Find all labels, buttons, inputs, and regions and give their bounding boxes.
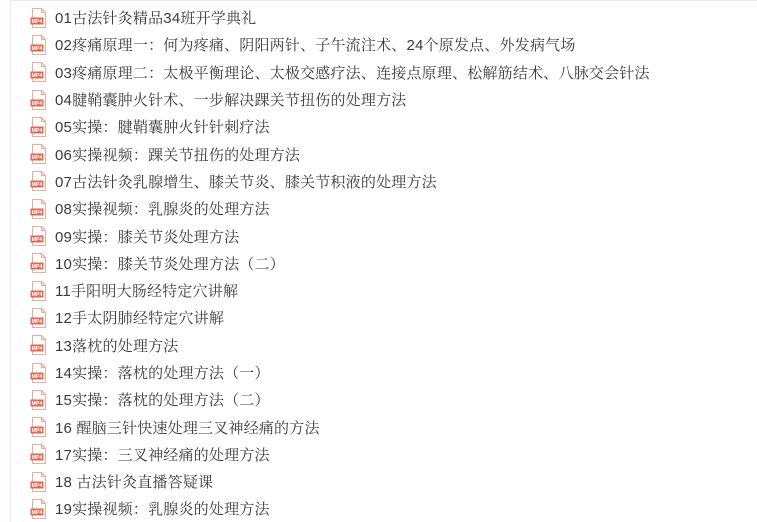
file-row[interactable]: MP4 15实操：落枕的处理方法（二）	[30, 386, 757, 413]
file-name: 10实操：膝关节炎处理方法（二）	[55, 253, 285, 274]
mp4-file-icon: MP4	[30, 499, 48, 519]
file-row[interactable]: MP4 07古法针灸乳腺增生、膝关节炎、膝关节积液的处理方法	[30, 168, 757, 195]
file-name: 02疼痛原理一：何为疼痛、阴阳两针、子午流注术、24个原发点、外发病气场	[55, 34, 576, 55]
file-name: 11手阳明大肠经特定穴讲解	[55, 280, 238, 301]
mp4-badge-label: MP4	[32, 401, 43, 407]
file-row[interactable]: MP4 13落枕的处理方法	[30, 332, 757, 359]
file-row[interactable]: MP4 10实操：膝关节炎处理方法（二）	[30, 250, 757, 277]
mp4-file-icon: MP4	[30, 117, 48, 137]
mp4-file-icon: MP4	[30, 417, 48, 437]
mp4-file-icon: MP4	[30, 62, 48, 82]
mp4-badge-label: MP4	[32, 210, 43, 216]
file-row[interactable]: MP4 02疼痛原理一：何为疼痛、阴阳两针、子午流注术、24个原发点、外发病气场	[30, 31, 757, 58]
file-row[interactable]: MP4 03疼痛原理二：太极平衡理论、太极交感疗法、连接点原理、松解筋结术、八脉…	[30, 59, 757, 86]
file-name: 15实操：落枕的处理方法（二）	[55, 389, 270, 410]
mp4-file-icon: MP4	[30, 363, 48, 383]
mp4-file-icon: MP4	[30, 253, 48, 273]
mp4-badge-label: MP4	[32, 455, 43, 461]
file-row[interactable]: MP4 19实操视频：乳腺炎的处理方法	[30, 495, 757, 522]
file-name: 09实操：膝关节炎处理方法	[55, 226, 239, 247]
file-row[interactable]: MP4 01古法针灸精品34班开学典礼	[30, 4, 757, 31]
file-row[interactable]: MP4 04腱鞘囊肿火针术、一步解决踝关节扭伤的处理方法	[30, 86, 757, 113]
file-name: 12手太阴肺经特定穴讲解	[55, 307, 224, 328]
file-row[interactable]: MP4 18 古法针灸直播答疑课	[30, 468, 757, 495]
file-name: 19实操视频：乳腺炎的处理方法	[55, 498, 270, 519]
file-name: 17实操：三叉神经痛的处理方法	[55, 444, 270, 465]
mp4-badge-label: MP4	[32, 73, 43, 79]
file-name: 07古法针灸乳腺增生、膝关节炎、膝关节积液的处理方法	[55, 171, 437, 192]
mp4-file-icon: MP4	[30, 35, 48, 55]
mp4-file-icon: MP4	[30, 444, 48, 464]
file-row[interactable]: MP4 14实操：落枕的处理方法（一）	[30, 359, 757, 386]
mp4-file-icon: MP4	[30, 335, 48, 355]
file-name: 18 古法针灸直播答疑课	[55, 471, 213, 492]
mp4-file-icon: MP4	[30, 226, 48, 246]
file-row[interactable]: MP4 12手太阴肺经特定穴讲解	[30, 304, 757, 331]
mp4-file-icon: MP4	[30, 472, 48, 492]
file-name: 01古法针灸精品34班开学典礼	[55, 7, 256, 28]
mp4-file-icon: MP4	[30, 171, 48, 191]
file-row[interactable]: MP4 11手阳明大肠经特定穴讲解	[30, 277, 757, 304]
file-row[interactable]: MP4 08实操视频：乳腺炎的处理方法	[30, 195, 757, 222]
file-name: 08实操视频：乳腺炎的处理方法	[55, 198, 270, 219]
mp4-badge-label: MP4	[32, 483, 43, 489]
file-row[interactable]: MP4 17实操：三叉神经痛的处理方法	[30, 441, 757, 468]
file-name: 13落枕的处理方法	[55, 335, 179, 356]
mp4-badge-label: MP4	[32, 374, 43, 380]
mp4-file-icon: MP4	[30, 308, 48, 328]
file-row[interactable]: MP4 05实操：腱鞘囊肿火针针刺疗法	[30, 113, 757, 140]
mp4-badge-label: MP4	[32, 155, 43, 161]
mp4-badge-label: MP4	[32, 46, 43, 52]
mp4-file-icon: MP4	[30, 199, 48, 219]
mp4-badge-label: MP4	[32, 292, 43, 298]
file-row[interactable]: MP4 09实操：膝关节炎处理方法	[30, 222, 757, 249]
file-name: 16 醒脑三针快速处理三叉神经痛的方法	[55, 417, 320, 438]
mp4-file-icon: MP4	[30, 281, 48, 301]
file-name: 04腱鞘囊肿火针术、一步解决踝关节扭伤的处理方法	[55, 89, 407, 110]
mp4-file-icon: MP4	[30, 144, 48, 164]
mp4-badge-label: MP4	[32, 428, 43, 434]
file-row[interactable]: MP4 16 醒脑三针快速处理三叉神经痛的方法	[30, 413, 757, 440]
file-list-panel: MP4 01古法针灸精品34班开学典礼 MP4 02疼痛原理一：何为疼痛、阴阳两…	[10, 0, 757, 522]
mp4-badge-label: MP4	[32, 128, 43, 134]
file-name: 14实操：落枕的处理方法（一）	[55, 362, 270, 383]
file-list: MP4 01古法针灸精品34班开学典礼 MP4 02疼痛原理一：何为疼痛、阴阳两…	[11, 1, 757, 522]
file-name: 03疼痛原理二：太极平衡理论、太极交感疗法、连接点原理、松解筋结术、八脉交会针法	[55, 62, 650, 83]
mp4-badge-label: MP4	[32, 319, 43, 325]
mp4-badge-label: MP4	[32, 264, 43, 270]
mp4-badge-label: MP4	[32, 346, 43, 352]
mp4-file-icon: MP4	[30, 8, 48, 28]
mp4-file-icon: MP4	[30, 90, 48, 110]
mp4-badge-label: MP4	[32, 182, 43, 188]
file-name: 06实操视频：踝关节扭伤的处理方法	[55, 144, 300, 165]
mp4-badge-label: MP4	[32, 510, 43, 516]
file-name: 05实操：腱鞘囊肿火针针刺疗法	[55, 116, 270, 137]
mp4-badge-label: MP4	[32, 237, 43, 243]
mp4-file-icon: MP4	[30, 390, 48, 410]
mp4-badge-label: MP4	[32, 19, 43, 25]
mp4-badge-label: MP4	[32, 101, 43, 107]
file-row[interactable]: MP4 06实操视频：踝关节扭伤的处理方法	[30, 140, 757, 167]
